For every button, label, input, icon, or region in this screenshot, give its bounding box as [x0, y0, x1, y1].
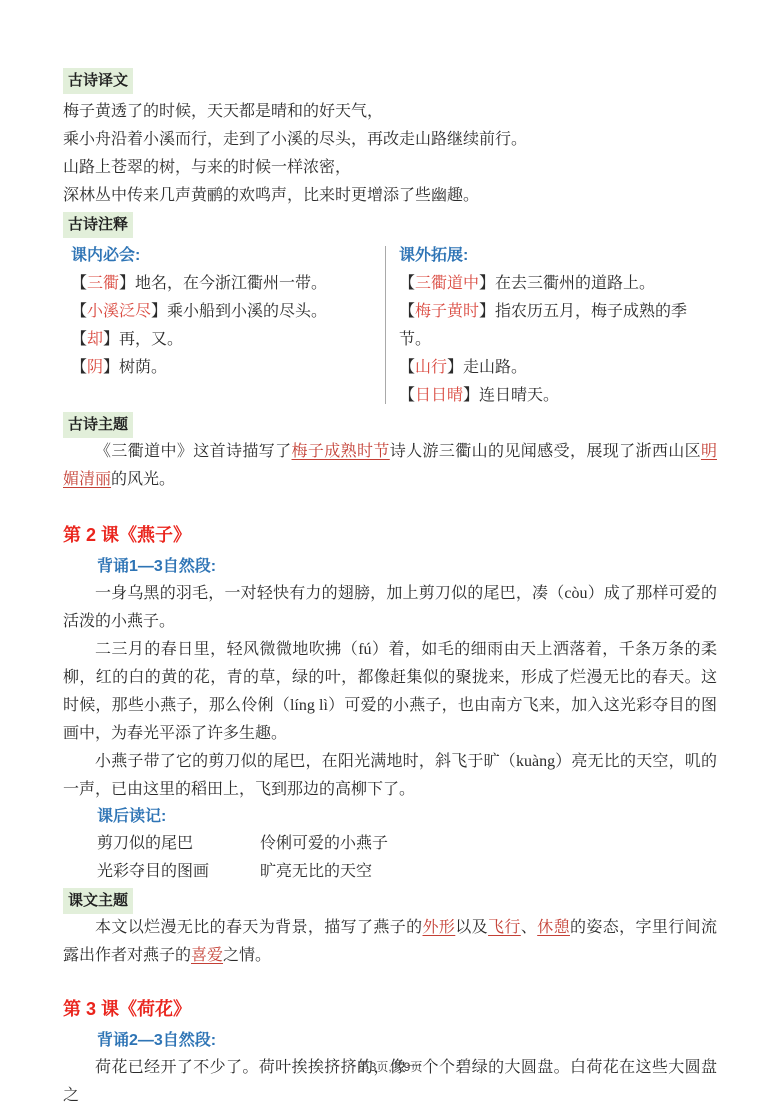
bracket-open: 【	[399, 303, 415, 320]
lesson2-paragraph: 一身乌黑的羽毛，一对轻快有力的翅膀，加上剪刀似的尾巴，凑（còu）成了那样可爱的…	[63, 580, 717, 636]
bracket-close: 】	[103, 331, 119, 348]
lesson2-paragraph: 小燕子带了它的剪刀似的尾巴，在阳光满地时，斜飞于旷（kuàng）亮无比的天空，叽…	[63, 748, 717, 804]
lesson3-recite-label: 背诵2—3自然段:	[97, 1028, 717, 1054]
note-term: 三衢	[87, 275, 119, 292]
section-text-theme-header-row: 课文主题	[63, 888, 717, 914]
notes-column-in-class: 课内必会: 【三衢】地名，在今浙江衢州一带。 【小溪泛尽】乘小船到小溪的尽头。 …	[63, 242, 385, 410]
note-desc: 再，又。	[119, 331, 183, 348]
text-segment: 的风光。	[111, 471, 175, 488]
lesson3-title: 第 3 课《荷花》	[63, 996, 717, 1022]
note-term: 却	[87, 331, 103, 348]
highlighted-keyword: 休憩	[537, 919, 570, 936]
bracket-open: 【	[399, 387, 415, 404]
note-item: 【日日晴】连日晴天。	[399, 382, 717, 410]
note-desc: 走山路。	[463, 359, 527, 376]
highlighted-keyword: 外形	[423, 919, 456, 936]
highlighted-keyword: 飞行	[488, 919, 521, 936]
bracket-close: 】	[151, 303, 167, 320]
lesson2-title: 第 2 课《燕子》	[63, 522, 717, 548]
poem-line: 深林丛中传来几声黄鹂的欢鸣声，比来时更增添了些幽趣。	[63, 182, 717, 210]
section-header-poem-theme: 古诗主题	[63, 412, 133, 438]
poem-translation-block: 梅子黄透了的时候，天天都是晴和的好天气， 乘小舟沿着小溪而行，走到了小溪的尽头，…	[63, 98, 717, 210]
note-desc: 乘小船到小溪的尽头。	[167, 303, 327, 320]
section-translation-header-row: 古诗译文	[63, 68, 717, 94]
section-header-notes: 古诗注释	[63, 212, 133, 238]
bracket-open: 【	[399, 275, 415, 292]
read-note-pair-row: 剪刀似的尾巴伶俐可爱的小燕子	[97, 830, 717, 858]
bracket-open: 【	[71, 331, 87, 348]
note-desc: 在去三衢州的道路上。	[495, 275, 655, 292]
document-page: 古诗译文 梅子黄透了的时候，天天都是晴和的好天气， 乘小舟沿着小溪而行，走到了小…	[0, 0, 780, 1103]
notes-columns: 课内必会: 【三衢】地名，在今浙江衢州一带。 【小溪泛尽】乘小船到小溪的尽头。 …	[63, 242, 717, 410]
bracket-close: 】	[479, 303, 495, 320]
poem-line: 山路上苍翠的树，与来的时候一样浓密，	[63, 154, 717, 182]
note-item: 【三衢】地名，在今浙江衢州一带。	[71, 270, 385, 298]
bracket-close: 】	[119, 275, 135, 292]
poem-theme-paragraph: 《三衢道中》这首诗描写了梅子成熟时节诗人游三衢山的见闻感受，展现了浙西山区明媚清…	[63, 438, 717, 494]
bracket-open: 【	[71, 275, 87, 292]
text-segment: 诗人游三衢山的见闻感受，展现了浙西山区	[390, 443, 701, 460]
read-note-phrase: 旷亮无比的天空	[260, 863, 372, 880]
note-term: 阴	[87, 359, 103, 376]
text-segment: 本文以烂漫无比的春天为背景，描写了燕子的	[95, 919, 423, 936]
note-item: 【三衢道中】在去三衢州的道路上。	[399, 270, 717, 298]
text-segment: 以及	[455, 919, 488, 936]
section-theme-header-row: 古诗主题	[63, 412, 717, 438]
section-notes-header-row: 古诗注释	[63, 212, 717, 238]
text-segment: 之情。	[223, 947, 271, 964]
lesson2-read-note-label: 课后读记:	[97, 804, 717, 830]
read-note-phrase: 剪刀似的尾巴	[97, 830, 260, 858]
note-term: 山行	[415, 359, 447, 376]
notes-left-title: 课内必会:	[71, 242, 385, 270]
note-term: 梅子黄时	[415, 303, 479, 320]
note-term: 三衢道中	[415, 275, 479, 292]
bracket-close: 】	[479, 275, 495, 292]
note-item: 【小溪泛尽】乘小船到小溪的尽头。	[71, 298, 385, 326]
text-segment: 、	[521, 919, 537, 936]
text-segment: 《三衢道中》这首诗描写了	[95, 443, 292, 460]
page-number-footer: 第3页,共9页	[0, 1058, 780, 1075]
read-note-phrase: 伶俐可爱的小燕子	[260, 835, 388, 852]
note-desc: 地名，在今浙江衢州一带。	[135, 275, 327, 292]
highlighted-keyword: 喜爱	[191, 947, 223, 964]
notes-column-extension: 课外拓展: 【三衢道中】在去三衢州的道路上。 【梅子黄时】指农历五月，梅子成熟的…	[386, 242, 717, 410]
note-term: 小溪泛尽	[87, 303, 151, 320]
bracket-open: 【	[71, 359, 87, 376]
note-item: 【阴】树荫。	[71, 354, 385, 382]
bracket-open: 【	[71, 303, 87, 320]
note-item: 【却】再，又。	[71, 326, 385, 354]
note-term: 日日晴	[415, 387, 463, 404]
note-desc: 连日晴天。	[479, 387, 559, 404]
read-note-pair-row: 光彩夺目的图画旷亮无比的天空	[97, 858, 717, 886]
poem-line: 乘小舟沿着小溪而行，走到了小溪的尽头，再改走山路继续前行。	[63, 126, 717, 154]
section-header-text-theme: 课文主题	[63, 888, 133, 914]
lesson2-paragraph: 二三月的春日里，轻风微微地吹拂（fú）着，如毛的细雨由天上洒落着，千条万条的柔柳…	[63, 636, 717, 748]
note-item: 【山行】走山路。	[399, 354, 717, 382]
highlighted-keyword: 梅子成熟时节	[292, 443, 390, 460]
text-theme-paragraph: 本文以烂漫无比的春天为背景，描写了燕子的外形以及飞行、休憩的姿态，字里行间流露出…	[63, 914, 717, 970]
bracket-open: 【	[399, 359, 415, 376]
note-desc: 树荫。	[119, 359, 167, 376]
bracket-close: 】	[103, 359, 119, 376]
note-item: 【梅子黄时】指农历五月，梅子成熟的季节。	[399, 298, 717, 354]
bracket-close: 】	[447, 359, 463, 376]
lesson2-recite-label: 背诵1—3自然段:	[97, 554, 717, 580]
section-header-translation: 古诗译文	[63, 68, 133, 94]
notes-right-title: 课外拓展:	[399, 242, 717, 270]
bracket-close: 】	[463, 387, 479, 404]
read-note-phrase: 光彩夺目的图画	[97, 858, 260, 886]
poem-line: 梅子黄透了的时候，天天都是晴和的好天气，	[63, 98, 717, 126]
